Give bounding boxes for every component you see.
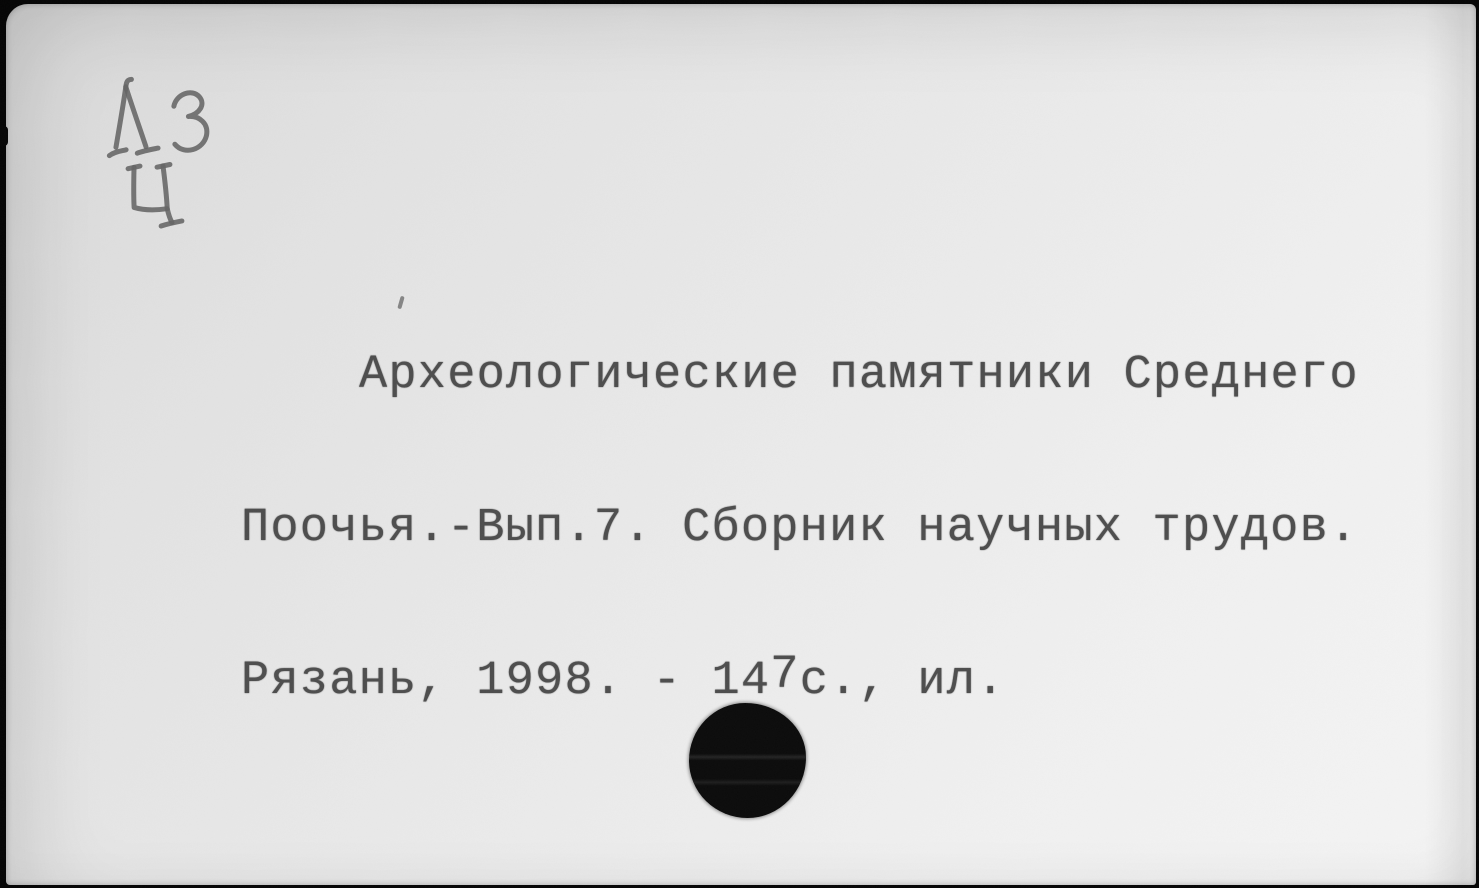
imprint-post: с., ил. — [800, 655, 1006, 708]
bib-line-title: Археологические памятники Среднего — [241, 350, 1359, 401]
bib-line-issue: Поочья.-Вып.7. Сборник научных трудов. — [241, 503, 1359, 554]
bibliographic-record: Археологические памятники Среднего Поочь… — [241, 248, 1359, 809]
handwritten-shelf-mark — [85, 60, 235, 235]
imprint-raised-digit: 7 — [770, 650, 799, 701]
left-edge-notch — [0, 126, 8, 146]
bib-line-imprint: Рязань, 1998. - 147с., ил. — [241, 656, 1359, 707]
imprint-pre: Рязань, 1998. - 14 — [241, 655, 770, 708]
scanned-catalog-card-photo: Лз Ц Археологические памятники Среднего … — [0, 0, 1479, 888]
